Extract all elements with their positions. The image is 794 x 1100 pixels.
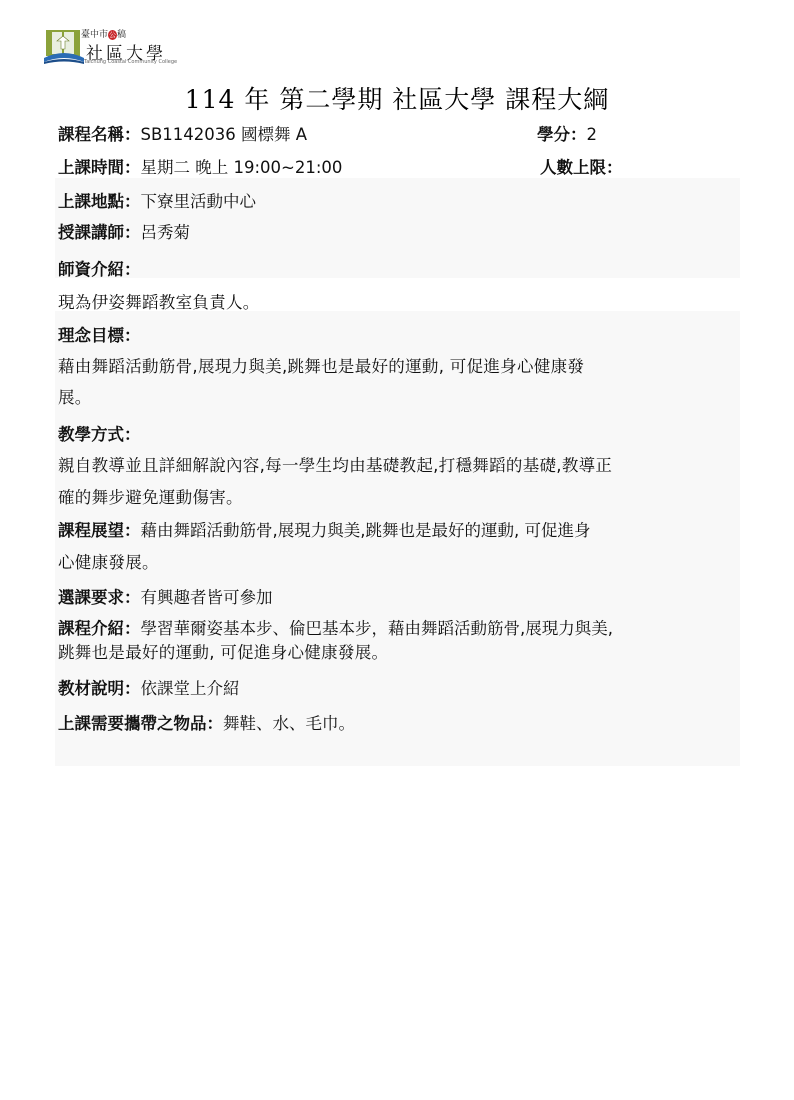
capacity-label: 人數上限： xyxy=(540,158,623,177)
instructor-value: 呂秀菊 xyxy=(141,223,191,242)
intro-label: 課程介紹： xyxy=(58,619,141,638)
items-value: 舞鞋、水、毛巾。 xyxy=(223,714,355,733)
bio-label: 師資介紹： xyxy=(58,256,141,280)
book-emblem-icon xyxy=(44,28,84,66)
outlook-line-1: 藉由舞蹈活動筋骨,展現力與美,跳舞也是最好的運動, 可促進身 xyxy=(141,521,591,540)
material-label: 教材說明： xyxy=(58,679,141,698)
location-row: 上課地點：下寮里活動中心 xyxy=(58,188,256,212)
location-value: 下寮里活動中心 xyxy=(141,192,257,211)
time-label: 上課時間： xyxy=(58,158,141,177)
instructor-row: 授課講師：呂秀菊 xyxy=(58,219,190,243)
method-line-1: 親自教導並且詳細解說內容,每一學生均由基礎教起,打穩舞蹈的基礎,教導正 xyxy=(58,452,612,476)
time-value: 星期二 晚上 19:00~21:00 xyxy=(141,158,343,177)
outlook-row: 課程展望：藉由舞蹈活動筋骨,展現力與美,跳舞也是最好的運動, 可促進身 xyxy=(58,517,590,541)
page-title: 114 年 第二學期 社區大學 課程大綱 xyxy=(0,80,794,116)
requirement-value: 有興趣者皆可參加 xyxy=(141,588,273,607)
time-row: 上課時間：星期二 晚上 19:00~21:00 xyxy=(58,154,342,178)
requirement-label: 選課要求： xyxy=(58,588,141,607)
bio-value: 現為伊姿舞蹈教室負責人。 xyxy=(58,289,260,313)
outlook-label: 課程展望： xyxy=(58,521,141,540)
capacity-row: 人數上限： xyxy=(540,154,623,178)
location-label: 上課地點： xyxy=(58,192,141,211)
intro-row: 課程介紹：學習華爾姿基本步、倫巴基本步，藉由舞蹈活動筋骨,展現力與美, xyxy=(58,615,613,639)
credit-value: 2 xyxy=(587,125,598,144)
college-logo: 臺中市公稿 社區大學 Taichung Coastal Community Co… xyxy=(44,26,174,68)
intro-line-2: 跳舞也是最好的運動, 可促進身心健康發展。 xyxy=(58,639,388,663)
outlook-line-2: 心健康發展。 xyxy=(58,549,159,573)
items-label: 上課需要攜帶之物品： xyxy=(58,714,223,733)
course-name-label: 課程名稱： xyxy=(58,125,141,144)
method-label: 教學方式： xyxy=(58,421,141,445)
goal-line-2: 展。 xyxy=(58,384,92,408)
items-row: 上課需要攜帶之物品：舞鞋、水、毛巾。 xyxy=(58,710,355,734)
course-name-value: SB1142036 國標舞 A xyxy=(141,125,308,144)
instructor-label: 授課講師： xyxy=(58,223,141,242)
material-value: 依課堂上介紹 xyxy=(141,679,240,698)
logo-english-text: Taichung Coastal Community College xyxy=(84,59,177,65)
goal-line-1: 藉由舞蹈活動筋骨,展現力與美,跳舞也是最好的運動, 可促進身心健康發 xyxy=(58,353,584,377)
requirement-row: 選課要求：有興趣者皆可參加 xyxy=(58,584,273,608)
method-line-2: 確的舞步避免運動傷害。 xyxy=(58,484,243,508)
credit-label: 學分： xyxy=(537,125,587,144)
goal-label: 理念目標： xyxy=(58,322,141,346)
credit-row: 學分：2 xyxy=(537,121,597,145)
material-row: 教材說明：依課堂上介紹 xyxy=(58,675,240,699)
intro-line-1: 學習華爾姿基本步、倫巴基本步，藉由舞蹈活動筋骨,展現力與美, xyxy=(141,619,614,638)
course-name-row: 課程名稱：SB1142036 國標舞 A xyxy=(58,121,307,145)
